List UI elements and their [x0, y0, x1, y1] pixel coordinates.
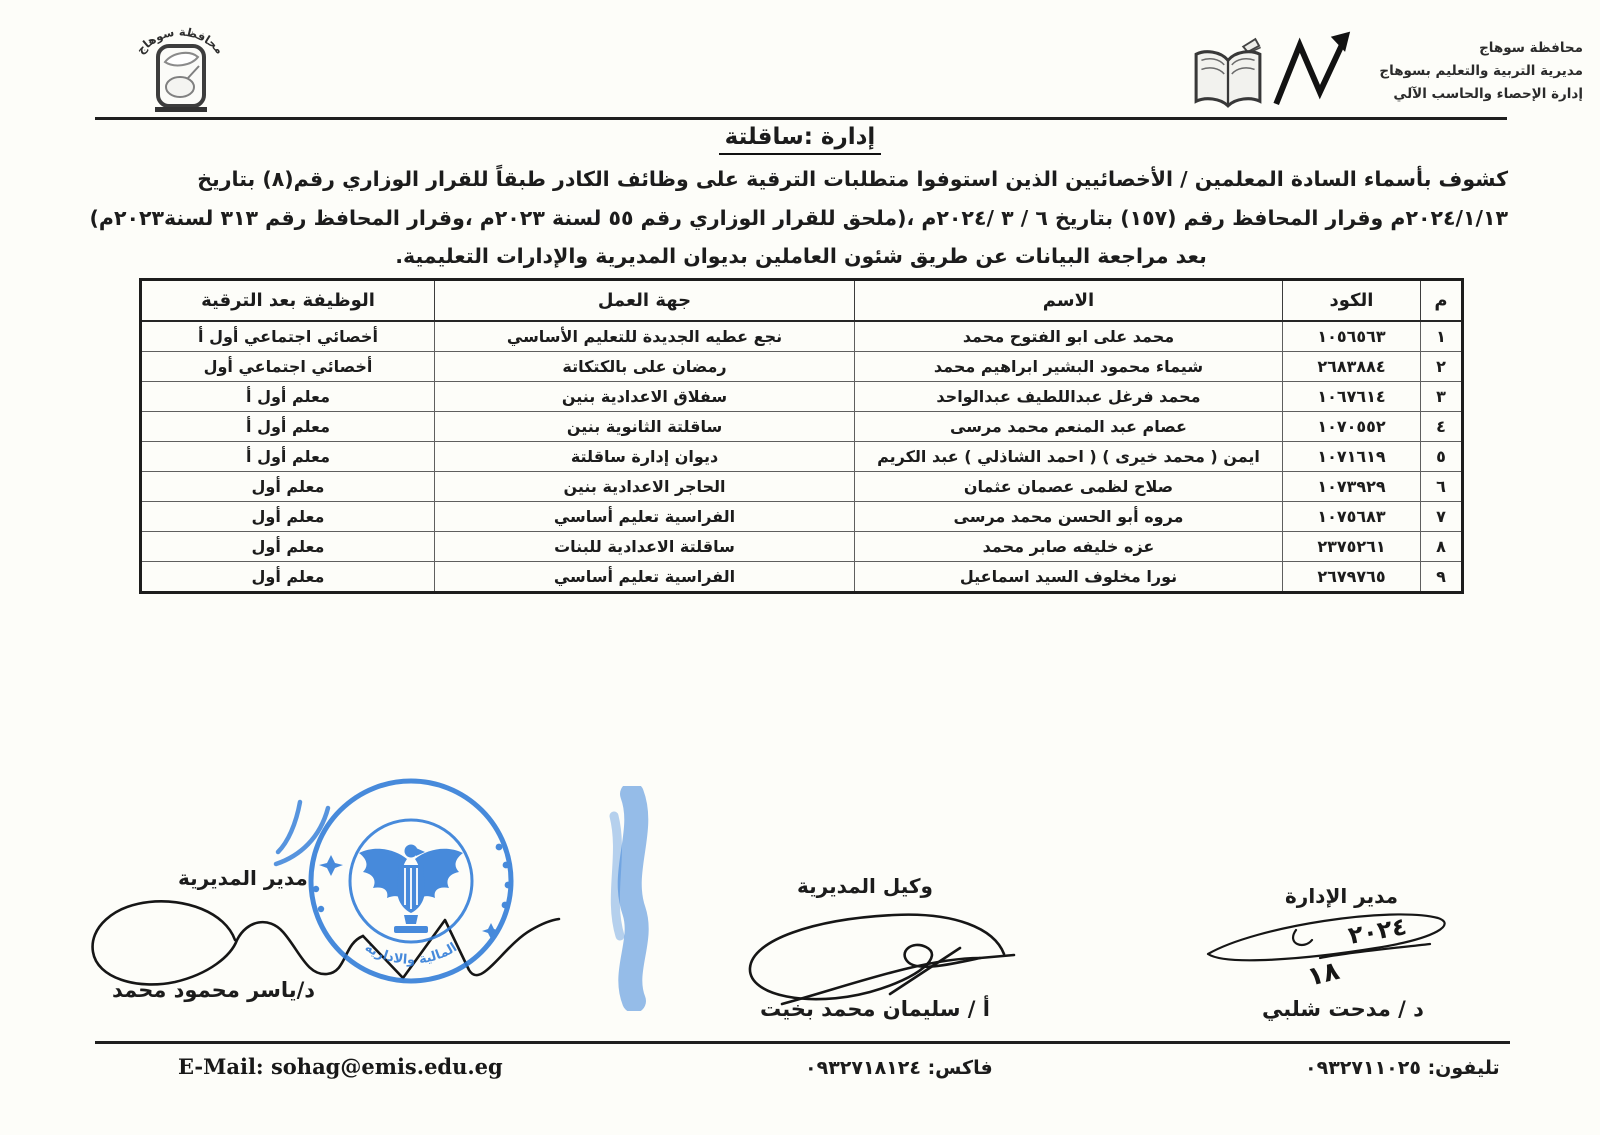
cell-name: عصام عبد المنعم محمد مرسى [855, 412, 1283, 442]
intro-line-2: ٢٠٢٤/١/١٣م وقرار المحافظ رقم (١٥٧) بتاري… [94, 199, 1508, 237]
table-row: ١ ١٠٥٦٥٦٣ محمد على ابو الفتوح محمد نجع ع… [141, 321, 1463, 352]
cell-code: ١٠٧١٦١٩ [1283, 442, 1421, 472]
cell-code: ٢٣٧٥٢٦١ [1283, 532, 1421, 562]
cell-job-after: أخصائي اجتماعي أول [141, 352, 435, 382]
col-header-code: الكود [1283, 280, 1421, 322]
cell-name: عزه خليفه صابر محمد [855, 532, 1283, 562]
blue-ink-smear [584, 786, 694, 1011]
cell-code: ٢٦٨٣٨٨٤ [1283, 352, 1421, 382]
cell-name: ايمن ( محمد خيرى ) ( احمد الشاذلي ) عبد … [855, 442, 1283, 472]
org-line-department: إدارة الإحصاء والحاسب الآلي [1338, 83, 1583, 106]
cell-name: صلاح لظمى عصمان عثمان [855, 472, 1283, 502]
cell-job-after: معلم أول أ [141, 382, 435, 412]
cell-code: ١٠٧٥٦٨٣ [1283, 502, 1421, 532]
cell-index: ٦ [1421, 472, 1463, 502]
col-header-index: م [1421, 280, 1463, 322]
header-divider [95, 117, 1507, 120]
cell-workplace: رمضان على بالكتكاتة [435, 352, 855, 382]
stamp-arc-text: المالية والادارية [362, 940, 460, 968]
cell-workplace: ديوان إدارة ساقلتة [435, 442, 855, 472]
cell-job-after: معلم أول [141, 502, 435, 532]
table-header-row: م الكود الاسم جهة العمل الوظيفة بعد التر… [141, 280, 1463, 322]
cell-job-after: أخصائي اجتماعي أول أ [141, 321, 435, 352]
department-title-wrap: إدارة :ساقلتة [0, 124, 1600, 155]
footer-phone: تليفون: ٠٩٣٢٧١١٠٢٥ [1305, 1057, 1500, 1079]
table-row: ٦ ١٠٧٣٩٢٩ صلاح لظمى عصمان عثمان الحاجر ا… [141, 472, 1463, 502]
col-header-workplace: جهة العمل [435, 280, 855, 322]
cell-job-after: معلم أول أ [141, 442, 435, 472]
cell-workplace: سفلاق الاعدادية بنين [435, 382, 855, 412]
cell-code: ١٠٥٦٥٦٣ [1283, 321, 1421, 352]
signature-director-admin: ٢٠٢٤ ١٨ [1200, 900, 1465, 1000]
cell-code: ١٠٧٠٥٥٢ [1283, 412, 1421, 442]
table-row: ٢ ٢٦٨٣٨٨٤ شيماء محمود البشير ابراهيم محم… [141, 352, 1463, 382]
cell-code: ٢٦٧٩٧٦٥ [1283, 562, 1421, 593]
signature-deputy-directorate [722, 896, 1022, 1008]
cell-job-after: معلم أول [141, 472, 435, 502]
cell-name: شيماء محمود البشير ابراهيم محمد [855, 352, 1283, 382]
cell-name: محمد فرغل عبداللطيف عبدالواحد [855, 382, 1283, 412]
intro-line-3: بعد مراجعة البيانات عن طريق شئون العاملي… [94, 237, 1508, 275]
deputy-directorate-name: أ / سليمان محمد بخيت [760, 997, 990, 1021]
blue-ink-scribble [256, 796, 356, 884]
table-row: ٨ ٢٣٧٥٢٦١ عزه خليفه صابر محمد ساقلتة الا… [141, 532, 1463, 562]
cell-index: ٨ [1421, 532, 1463, 562]
cell-name: نورا مخلوف السيد اسماعيل [855, 562, 1283, 593]
cell-index: ٧ [1421, 502, 1463, 532]
table-row: ٥ ١٠٧١٦١٩ ايمن ( محمد خيرى ) ( احمد الشا… [141, 442, 1463, 472]
table-row: ٤ ١٠٧٠٥٥٢ عصام عبد المنعم محمد مرسى ساقل… [141, 412, 1463, 442]
cell-workplace: الفراسية تعليم أساسي [435, 562, 855, 593]
cell-job-after: معلم أول [141, 562, 435, 593]
handwritten-number: ١٨ [1304, 956, 1342, 993]
cell-index: ٤ [1421, 412, 1463, 442]
director-directorate-name: د/ياسر محمود محمد [112, 978, 315, 1002]
footer-email: E-Mail: sohag@emis.edu.eg [178, 1054, 503, 1079]
director-admin-name: د / مدحت شلبي [1262, 997, 1424, 1021]
cell-workplace: ساقلتة الاعدادية للبنات [435, 532, 855, 562]
cell-index: ١ [1421, 321, 1463, 352]
cell-workplace: الفراسية تعليم أساسي [435, 502, 855, 532]
open-book-icon [1190, 36, 1266, 118]
cell-name: محمد على ابو الفتوح محمد [855, 321, 1283, 352]
cell-index: ٣ [1421, 382, 1463, 412]
table-row: ٣ ١٠٦٧٦١٤ محمد فرغل عبداللطيف عبدالواحد … [141, 382, 1463, 412]
deputy-directorate-title: وكيل المديرية [797, 874, 933, 898]
scanned-document-page: محافظة سوهاج محافظة سوهاج مديرية التربية… [0, 0, 1600, 1135]
cell-name: مروه أبو الحسن محمد مرسى [855, 502, 1283, 532]
sohag-governorate-logo: محافظة سوهاج [118, 14, 242, 120]
cell-workplace: ساقلتة الثانوية بنين [435, 412, 855, 442]
department-title: إدارة :ساقلتة [719, 124, 882, 155]
org-line-governorate: محافظة سوهاج [1338, 37, 1583, 60]
cell-job-after: معلم أول [141, 532, 435, 562]
cell-workplace: نجع عطيه الجديدة للتعليم الأساسي [435, 321, 855, 352]
footer-divider [95, 1041, 1510, 1044]
cell-index: ٥ [1421, 442, 1463, 472]
org-header-block: محافظة سوهاج مديرية التربية والتعليم بسو… [1338, 37, 1583, 106]
cell-index: ٢ [1421, 352, 1463, 382]
intro-line-1: كشوف بأسماء السادة المعلمين / الأخصائيين… [94, 160, 1508, 198]
org-line-directorate: مديرية التربية والتعليم بسوهاج [1338, 60, 1583, 83]
table-row: ٧ ١٠٧٥٦٨٣ مروه أبو الحسن محمد مرسى الفرا… [141, 502, 1463, 532]
svg-text:المالية والادارية: المالية والادارية [362, 940, 460, 968]
cell-code: ١٠٦٧٦١٤ [1283, 382, 1421, 412]
cell-index: ٩ [1421, 562, 1463, 593]
col-header-name: الاسم [855, 280, 1283, 322]
cell-job-after: معلم أول أ [141, 412, 435, 442]
cell-workplace: الحاجر الاعدادية بنين [435, 472, 855, 502]
cell-code: ١٠٧٣٩٢٩ [1283, 472, 1421, 502]
footer-fax: فاكس: ٠٩٣٢٧١٨١٢٤ [805, 1057, 993, 1079]
col-header-job-after: الوظيفة بعد الترقية [141, 280, 435, 322]
promotion-roster-table: م الكود الاسم جهة العمل الوظيفة بعد التر… [139, 278, 1464, 594]
table-row: ٩ ٢٦٧٩٧٦٥ نورا مخلوف السيد اسماعيل الفرا… [141, 562, 1463, 593]
